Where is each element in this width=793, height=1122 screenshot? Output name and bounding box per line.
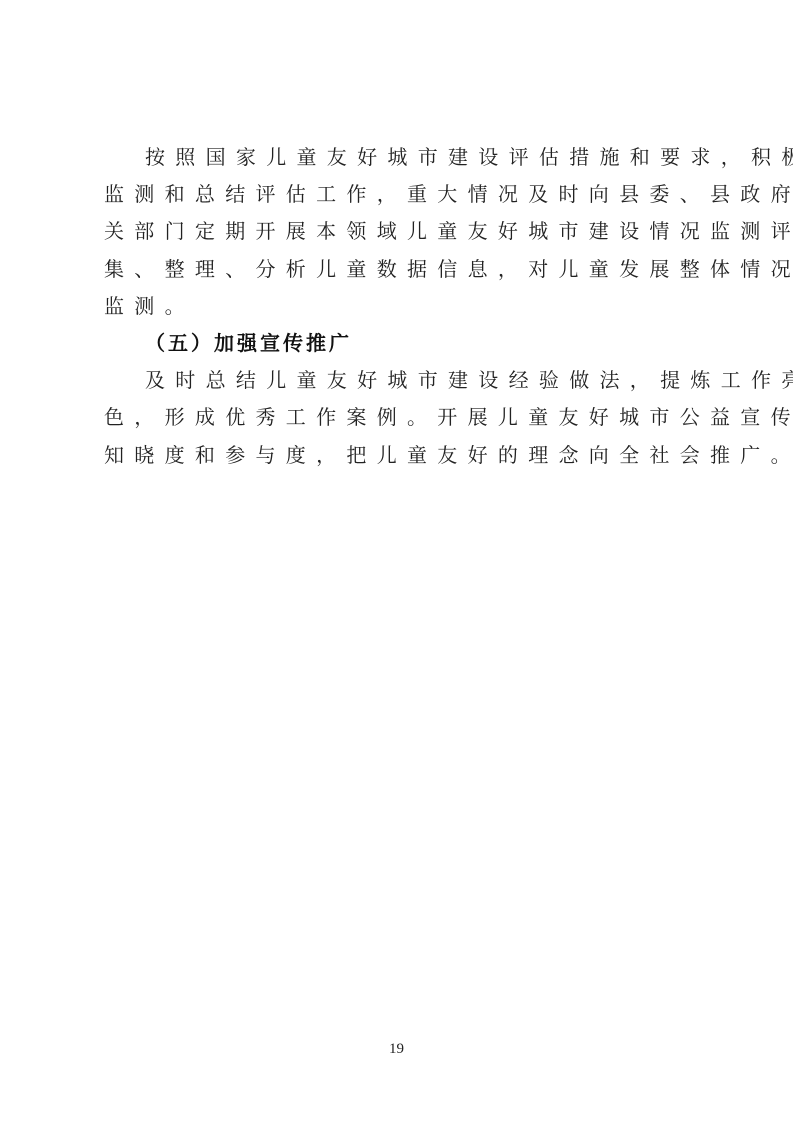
section-heading: （五）加强宣传推广 [104,325,692,362]
text-line: 及时总结儿童友好城市建设经验做法，提炼工作亮点和特 [104,362,692,399]
document-body: 按照国家儿童友好城市建设评估措施和要求，积极做好年度 监测和总结评估工作，重大情… [104,139,692,474]
text-line: 知晓度和参与度，把儿童友好的理念向全社会推广。 [104,437,692,474]
text-line: 色，形成优秀工作案例。开展儿童友好城市公益宣传，提高公众 [104,399,692,436]
paragraph-monitoring-evaluation: 按照国家儿童友好城市建设评估措施和要求，积极做好年度 监测和总结评估工作，重大情… [104,139,692,325]
text-line: 按照国家儿童友好城市建设评估措施和要求，积极做好年度 [104,139,692,176]
document-page: 按照国家儿童友好城市建设评估措施和要求，积极做好年度 监测和总结评估工作，重大情… [0,0,793,1122]
text-line: 关部门定期开展本领域儿童友好城市建设情况监测评估。及时收 [104,213,692,250]
text-line: 监测和总结评估工作，重大情况及时向县委、县政府报告。各有 [104,176,692,213]
text-line: 监测。 [104,288,692,325]
page-number: 19 [0,1041,793,1058]
paragraph-publicity-promotion: 及时总结儿童友好城市建设经验做法，提炼工作亮点和特 色，形成优秀工作案例。开展儿… [104,362,692,474]
text-line: 集、整理、分析儿童数据信息，对儿童发展整体情况实施动态 [104,251,692,288]
